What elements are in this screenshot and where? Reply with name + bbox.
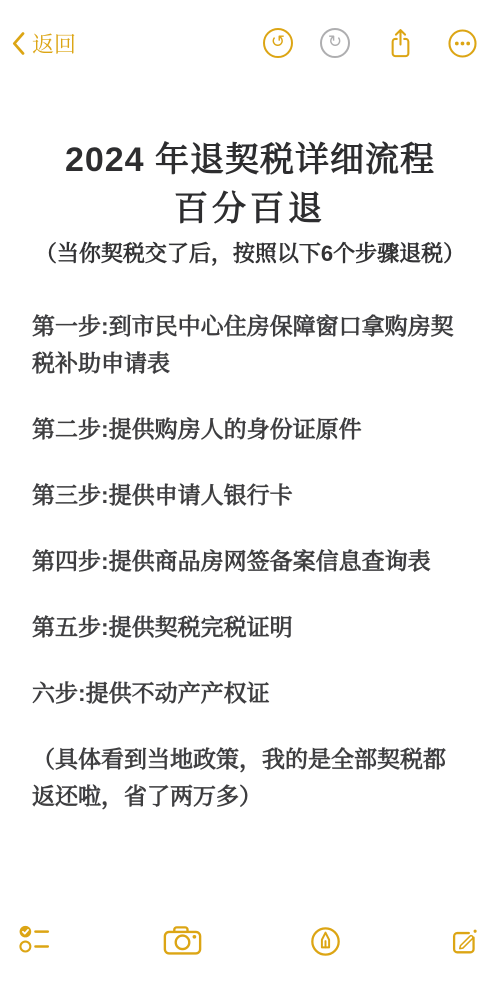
note-title: 2024 年退契税详细流程 百分百退 [32, 136, 468, 234]
note-content-image[interactable]: 2024 年退契税详细流程 百分百退 （当你契税交了后，按照以下6个步骤退税） … [0, 76, 500, 907]
note-footnote: （具体看到当地政策，我的是全部契税都返还啦，省了两万多） [32, 741, 468, 815]
topbar-actions: ↺ ↻ [263, 28, 478, 59]
camera-icon [162, 924, 203, 957]
back-button[interactable]: 返回 [12, 28, 76, 59]
undo-button[interactable]: ↺ [263, 28, 293, 58]
checklist-icon [18, 924, 58, 955]
redo-icon: ↻ [328, 34, 342, 51]
markup-button[interactable] [308, 924, 343, 959]
checklist-button[interactable] [18, 924, 58, 955]
step-1: 第一步:到市民中心住房保障窗口拿购房契税补助申请表 [32, 308, 468, 382]
share-icon [388, 28, 413, 59]
back-chevron-icon [12, 32, 25, 55]
redo-button[interactable]: ↻ [320, 28, 350, 58]
bottom-toolbar [0, 907, 500, 992]
camera-button[interactable] [162, 924, 203, 957]
more-ellipsis-icon [447, 28, 478, 59]
step-3: 第三步:提供申请人银行卡 [32, 477, 468, 514]
undo-icon: ↺ [271, 34, 285, 51]
top-navigation-bar: 返回 ↺ ↻ [0, 0, 500, 76]
markup-pen-icon [308, 924, 343, 959]
step-6: 六步:提供不动产产权证 [32, 675, 468, 712]
notes-app-screen: 返回 ↺ ↻ [0, 0, 500, 992]
compose-button[interactable] [447, 924, 482, 959]
back-button-label: 返回 [32, 28, 76, 59]
note-title-line1: 2024 年退契税详细流程 [32, 136, 468, 185]
more-button[interactable] [447, 28, 478, 59]
compose-icon [447, 924, 482, 959]
step-5: 第五步:提供契税完税证明 [32, 609, 468, 646]
note-subtitle: （当你契税交了后，按照以下6个步骤退税） [18, 237, 482, 268]
note-title-line2: 百分百退 [32, 185, 468, 234]
step-2: 第二步:提供购房人的身份证原件 [32, 411, 468, 448]
share-button[interactable] [388, 28, 413, 59]
step-4: 第四步:提供商品房网签备案信息查询表 [32, 543, 468, 580]
